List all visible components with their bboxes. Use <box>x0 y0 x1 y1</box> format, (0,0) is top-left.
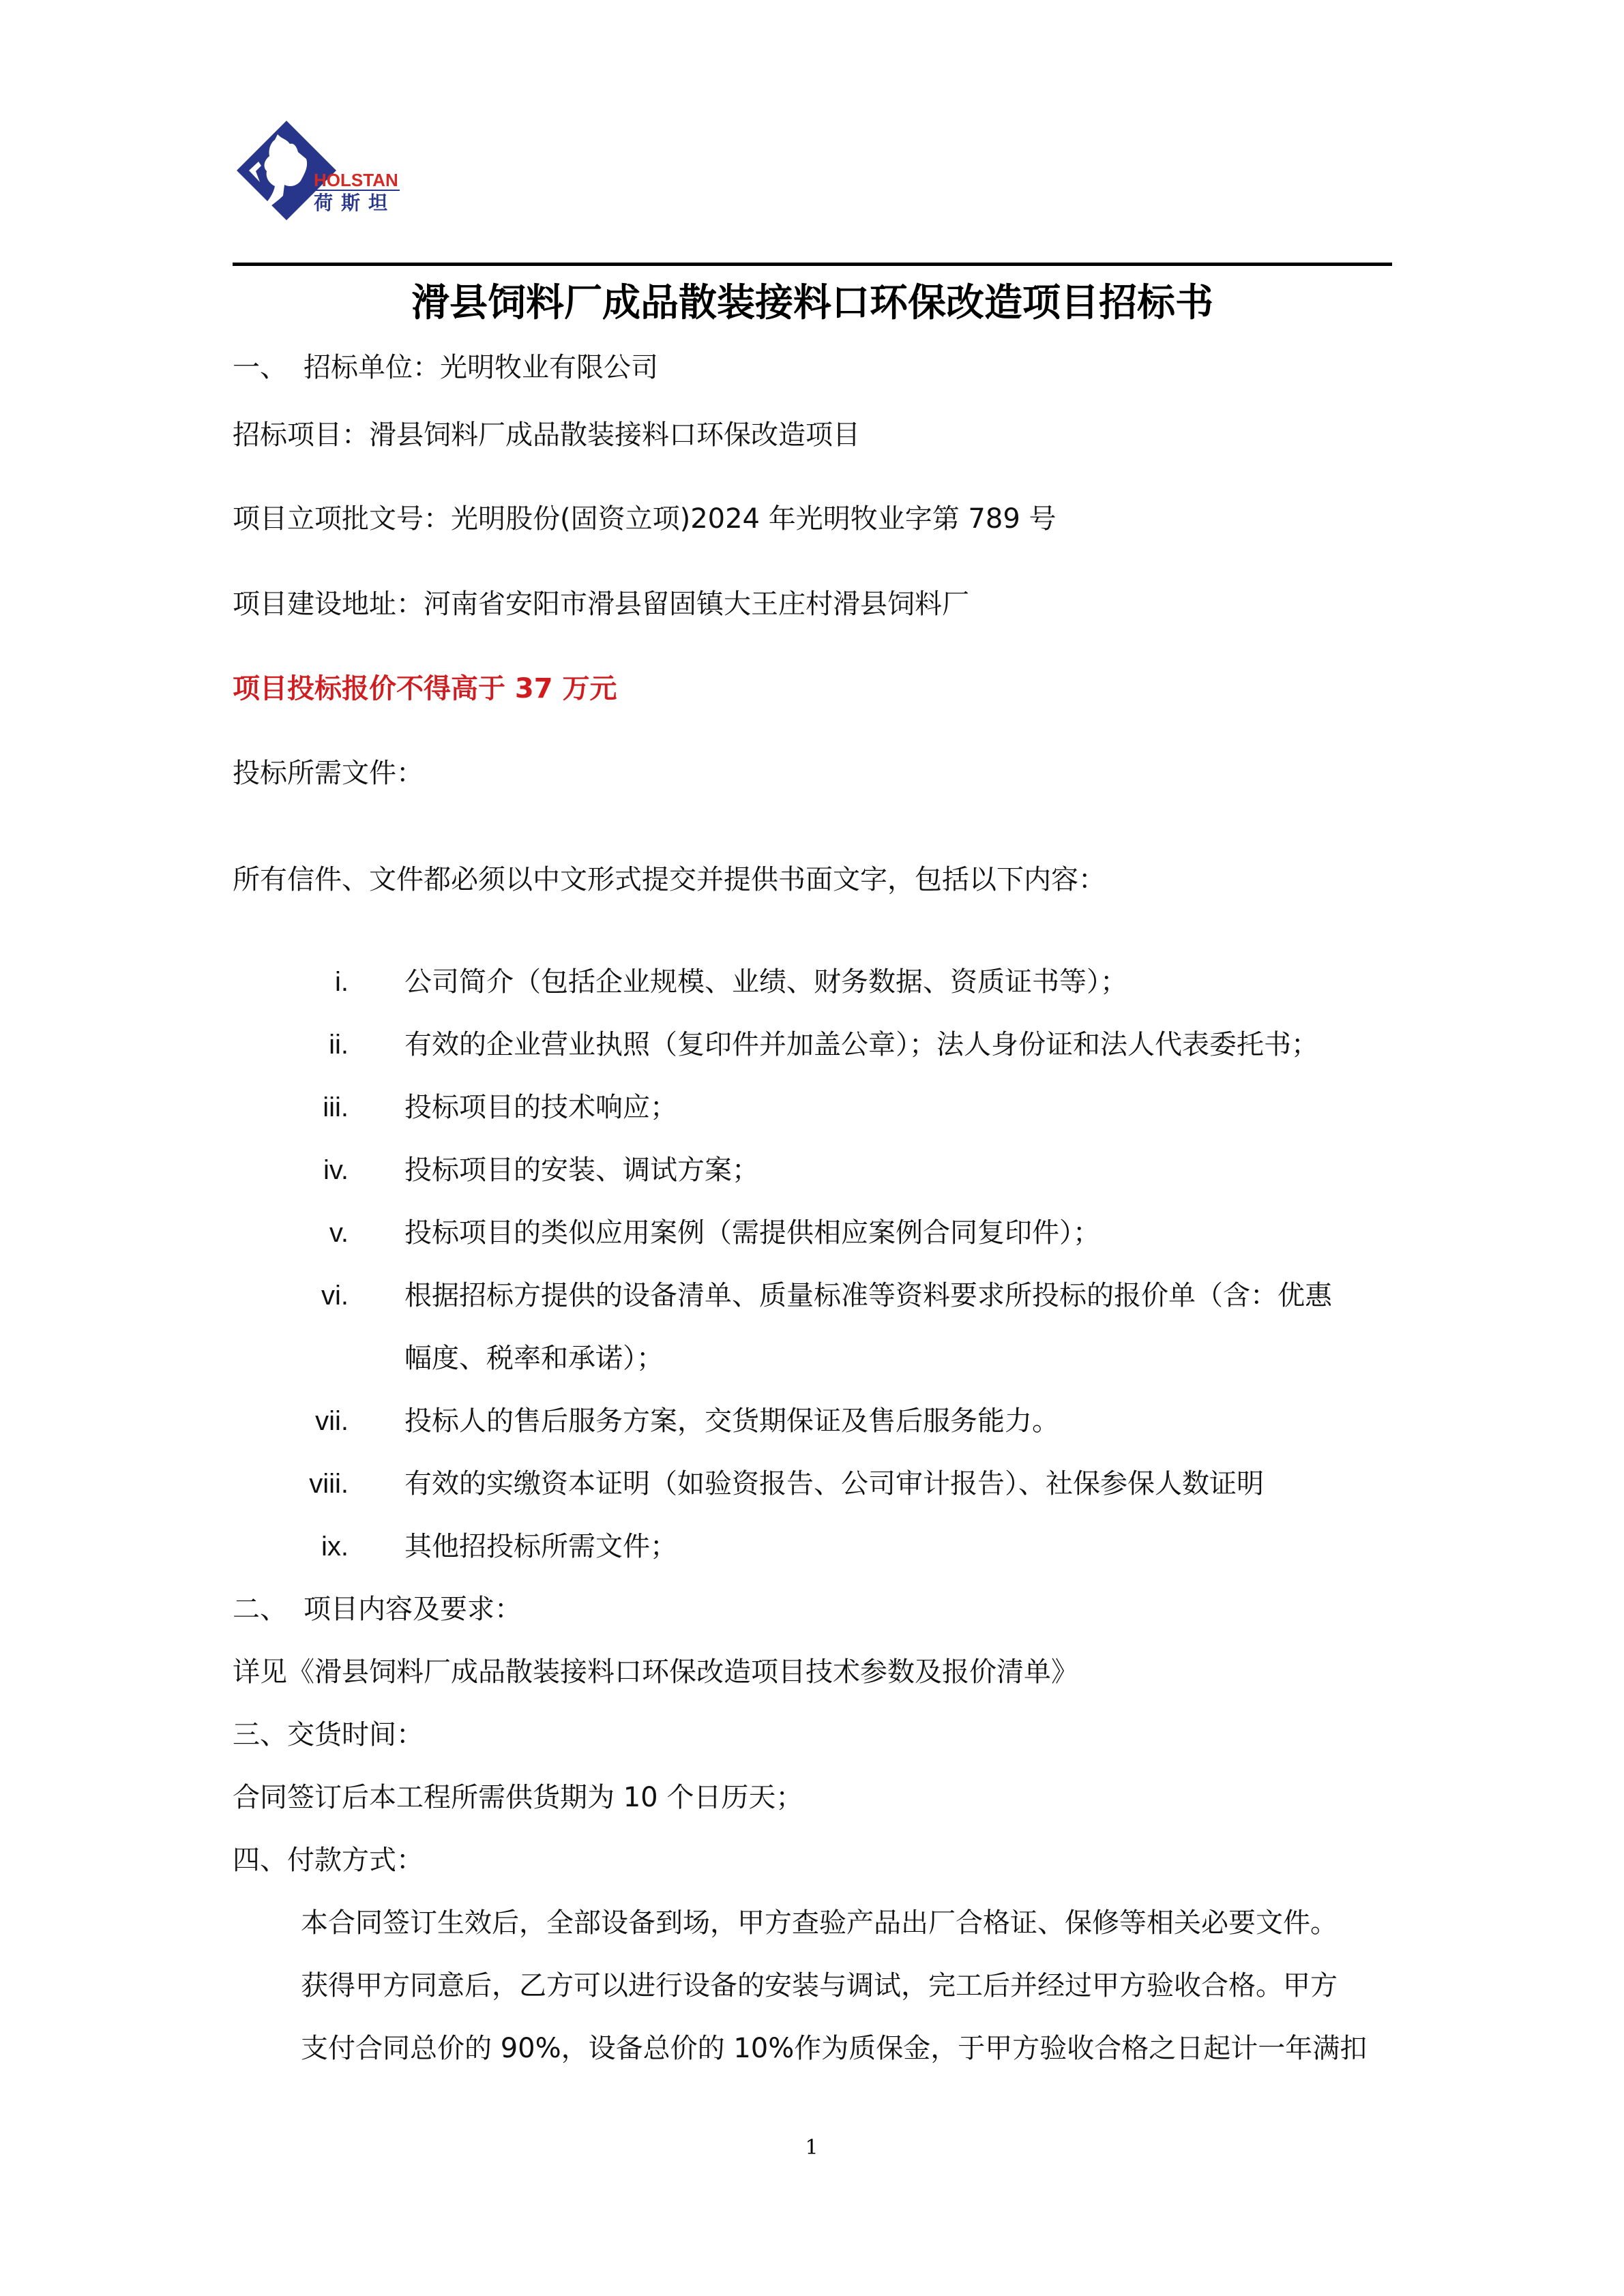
section2-heading: 二、项目内容及要求： <box>233 1590 522 1628</box>
section3-body: 合同签订后本工程所需供货期为 10 个日历天； <box>233 1778 803 1817</box>
required-docs-heading: 投标所需文件： <box>233 754 424 792</box>
list-marker: i. <box>233 963 349 1001</box>
document-page: HOLSTAN 荷斯坦 滑县饲料厂成品散装接料口环保改造项目招标书 一、招标单位… <box>0 0 1624 2296</box>
section2-number: 二、 <box>233 1590 304 1628</box>
section4-body-line: 支付合同总价的 90%，设备总价的 10%作为质保金，于甲方验收合格之日起计一年… <box>301 2029 1367 2068</box>
section3-heading: 三、交货时间： <box>233 1716 424 1754</box>
list-text: 其他招投标所需文件； <box>404 1527 677 1566</box>
section2-title: 项目内容及要求： <box>304 1594 522 1625</box>
unit-value: ：光明牧业有限公司 <box>413 352 658 383</box>
list-text: 投标人的售后服务方案，交货期保证及售后服务能力。 <box>404 1402 1059 1440</box>
list-marker: iii. <box>233 1088 349 1127</box>
list-text: 有效的企业营业执照（复印件并加盖公章）；法人身份证和法人代表委托书； <box>404 1026 1318 1064</box>
logo-brand-en: HOLSTAN <box>314 170 400 191</box>
list-text: 投标项目的安装、调试方案； <box>404 1151 759 1189</box>
list-text: 有效的实缴资本证明（如验资报告、公司审计报告）、社保参保人数证明 <box>404 1465 1264 1503</box>
list-text: 根据招标方提供的设备清单、质量标准等资料要求所投标的报价单（含：优惠 <box>404 1277 1332 1315</box>
list-marker: ix. <box>233 1527 349 1566</box>
list-marker: v. <box>233 1214 349 1252</box>
list-marker: ii. <box>233 1026 349 1064</box>
section1-number: 一、 <box>233 348 304 387</box>
project-name-line: 招标项目：滑县饲料厂成品散装接料口环保改造项目 <box>233 416 860 454</box>
section4-body-line: 获得甲方同意后，乙方可以进行设备的安装与调试，完工后并经过甲方验收合格。甲方 <box>301 1967 1338 2005</box>
header-rule <box>233 263 1392 266</box>
list-marker: vii. <box>233 1402 349 1440</box>
logo-brand-cn: 荷斯坦 <box>314 192 396 214</box>
company-logo: HOLSTAN 荷斯坦 <box>235 119 399 222</box>
project-address-line: 项目建设地址：河南省安阳市滑县留固镇大王庄村滑县饲料厂 <box>233 585 969 623</box>
section2-body: 详见《滑县饲料厂成品散装接料口环保改造项目技术参数及报价清单》 <box>233 1653 1078 1691</box>
section4-body-line: 本合同签订生效后，全部设备到场，甲方查验产品出厂合格证、保修等相关必要文件。 <box>301 1904 1338 1942</box>
list-marker: viii. <box>233 1465 349 1503</box>
section4-heading: 四、付款方式： <box>233 1841 424 1879</box>
list-text: 投标项目的技术响应； <box>404 1088 677 1127</box>
section1-unit-line: 一、招标单位：光明牧业有限公司 <box>233 348 658 387</box>
required-docs-intro: 所有信件、文件都必须以中文形式提交并提供书面文字，包括以下内容： <box>233 861 1106 899</box>
price-limit-notice: 项目投标报价不得高于 37 万元 <box>233 670 617 708</box>
list-text: 公司简介（包括企业规模、业绩、财务数据、资质证书等）； <box>404 963 1127 1001</box>
page-number: 1 <box>778 2136 846 2160</box>
list-marker: vi. <box>233 1277 349 1315</box>
unit-label: 招标单位 <box>304 352 413 383</box>
list-marker: iv. <box>233 1151 349 1189</box>
list-text: 投标项目的类似应用案例（需提供相应案例合同复印件）； <box>404 1214 1100 1252</box>
approval-number-line: 项目立项批文号：光明股份(固资立项)2024 年光明牧业字第 789 号 <box>233 500 1057 538</box>
list-text: 幅度、税率和承诺）； <box>404 1339 664 1377</box>
page-title: 滑县饲料厂成品散装接料口环保改造项目招标书 <box>233 276 1392 331</box>
